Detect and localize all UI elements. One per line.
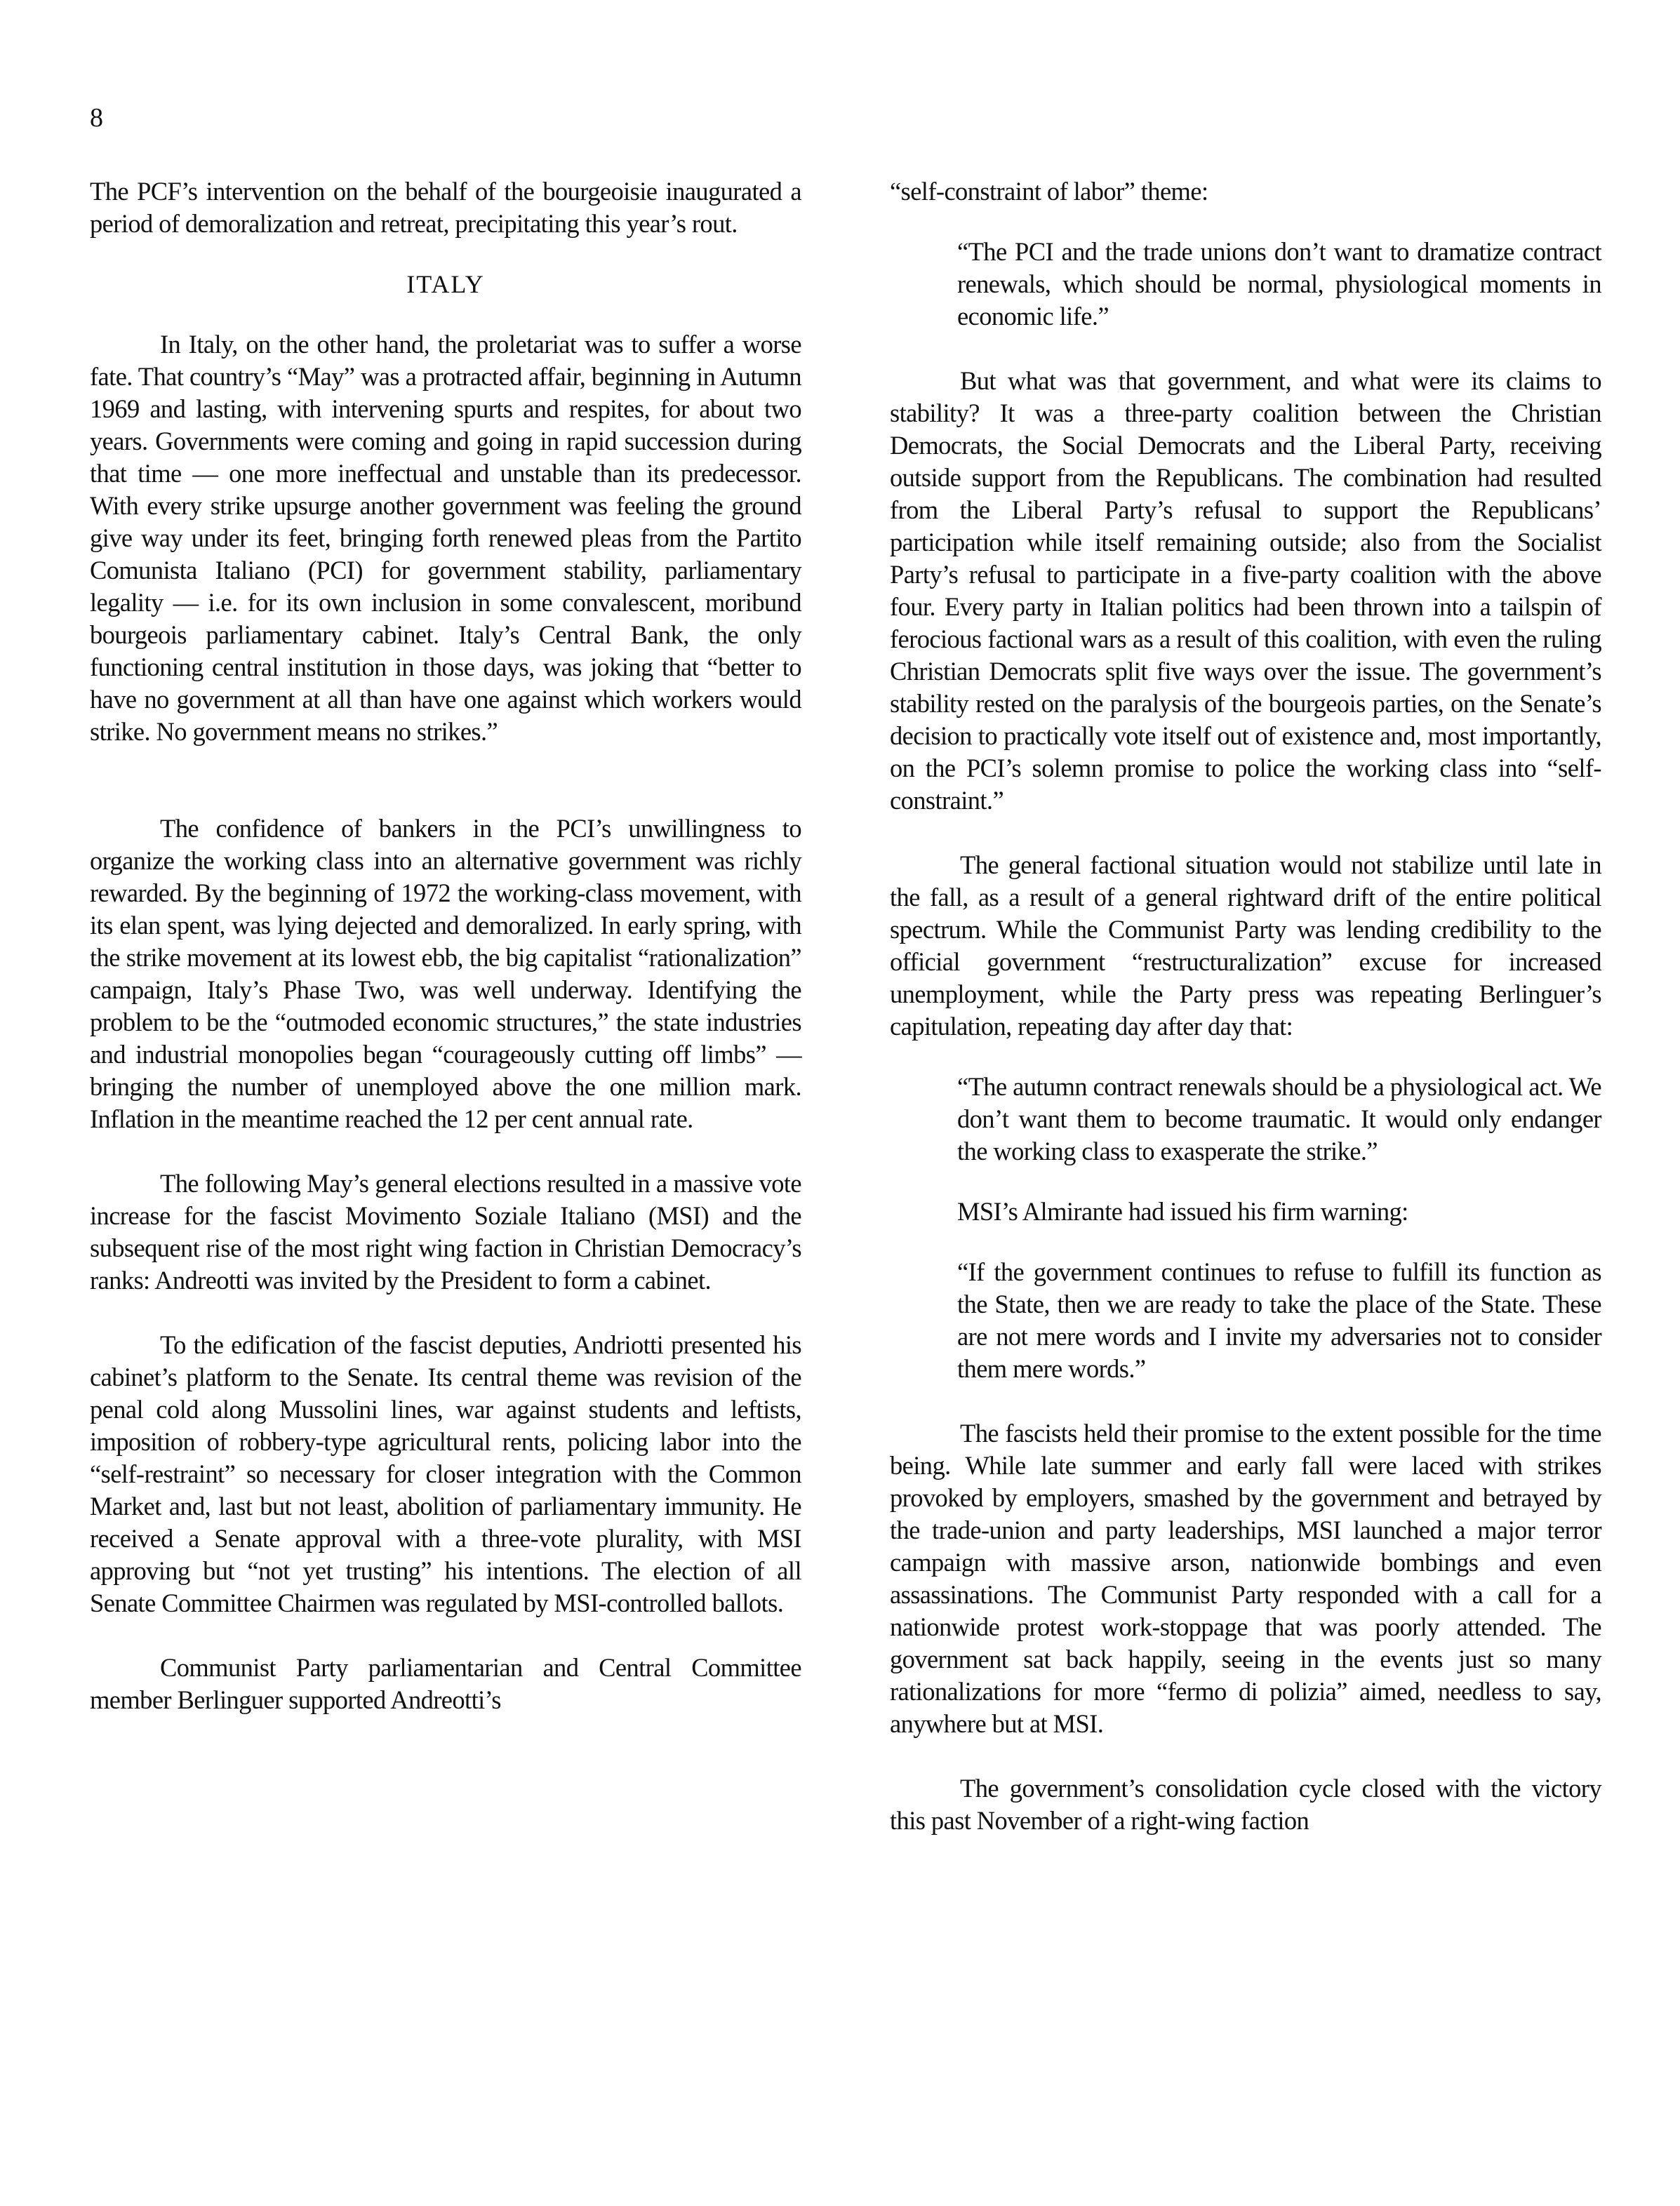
paragraph-government-stability: But what was that government, and what w… [890,365,1601,817]
paragraph-may-elections: The following May’s general elections re… [90,1168,801,1297]
paragraph-fascist-campaign: The fascists held their promise to the e… [890,1417,1601,1740]
paragraph-berlinguer: Communist Party parliamentarian and Cent… [90,1652,801,1716]
document-page: 8 The PCF’s intervention on the behalf o… [0,0,1680,2206]
paragraph-cabinet-platform: To the edification of the fascist deputi… [90,1329,801,1619]
block-quote-autumn-contracts: “The autumn contract renewals should be … [957,1071,1601,1168]
left-column: The PCF’s intervention on the behalf of … [90,175,801,1716]
paragraph-bankers-confidence: The confidence of bankers in the PCI’s u… [90,813,801,1135]
right-column: “self-constraint of labor” theme: “The P… [890,175,1601,1837]
block-quote-almirante: “If the government continues to refuse t… [957,1256,1601,1385]
section-heading-italy: ITALY [90,268,801,300]
line-almirante-warning: MSI’s Almirante had issued his firm warn… [957,1196,1601,1228]
intro-paragraph: The PCF’s intervention on the behalf of … [90,175,801,240]
paragraph-italy-fate: In Italy, on the other hand, the proleta… [90,328,801,748]
page-number: 8 [90,104,103,132]
paragraph-consolidation-cycle: The government’s consolidation cycle clo… [890,1772,1601,1837]
block-quote-pci: “The PCI and the trade unions don’t want… [957,236,1601,333]
continuation-line: “self-constraint of labor” theme: [890,175,1601,208]
paragraph-factional-situation: The general factional situation would no… [890,849,1601,1043]
